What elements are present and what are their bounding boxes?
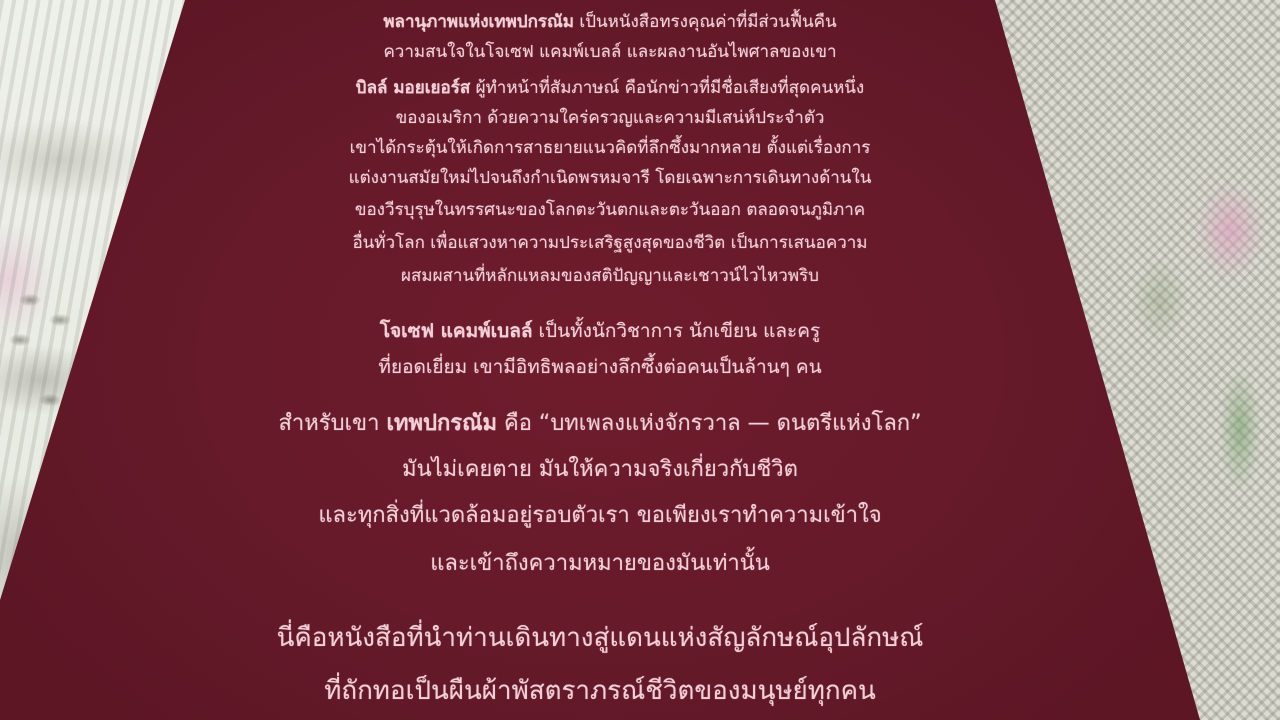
blurb-p5-line2: ที่ถักทอเป็นผืนผ้าพัสตราภรณ์ชีวิตของมนุษ… bbox=[0, 670, 1200, 711]
blurb-p4-line2: มันไม่เคยตาย มันให้ความจริงเกี่ยวกับชีวิ… bbox=[0, 451, 1200, 486]
author-name-bold: โจเซฟ แคมพ์เบลล์ bbox=[380, 320, 533, 342]
photo-scene: พลานุภาพแห่งเทพปกรณัม เป็นหนังสือทรงคุณค… bbox=[0, 0, 1280, 720]
interviewer-name-bold: บิลล์ มอยเยอร์ส bbox=[356, 78, 470, 98]
blurb-p2-line7: ผสมผสานที่หลักแหลมของสติปัญญาและเชาวน์ไว… bbox=[10, 262, 1210, 289]
book-title-bold: พลานุภาพแห่งเทพปกรณัม bbox=[383, 12, 574, 32]
blurb-p2-line4: แต่งงานสมัยใหม่ไปจนถึงกำเนิดพรหมจารี โดย… bbox=[10, 164, 1210, 191]
mythology-bold: เทพปกรณัม bbox=[386, 411, 497, 436]
blurb-p3-line1: โจเซฟ แคมพ์เบลล์ เป็นทั้งนักวิชาการ นักเ… bbox=[0, 316, 1200, 346]
blurb-p2-line3: เขาได้กระตุ้นให้เกิดการสาธยายแนวคิดที่ลึ… bbox=[10, 134, 1210, 161]
blurb-p3-line2: ที่ยอดเยี่ยม เขามีอิทธิพลอย่างลึกซึ้งต่อ… bbox=[0, 352, 1200, 382]
blurb-p2-line5: ของวีรบุรุษในทรรศนะของโลกตะวันตกและตะวัน… bbox=[10, 196, 1210, 223]
blurb-p4-line1: สำหรับเขา เทพปกรณัม คือ “บทเพลงแห่งจักรว… bbox=[0, 405, 1200, 440]
blurb-p4-line3: และทุกสิ่งที่แวดล้อมอยู่รอบตัวเรา ขอเพีย… bbox=[0, 497, 1200, 532]
blurb-p5-line1: นี่คือหนังสือที่นำท่านเดินทางสู่แดนแห่งส… bbox=[0, 617, 1200, 658]
blurb-p2-line6: อื่นทั่วโลก เพื่อแสวงหาความประเสริฐสูงสุ… bbox=[10, 229, 1210, 256]
blurb-p4-line4: และเข้าถึงความหมายของมันเท่านั้น bbox=[0, 545, 1200, 580]
